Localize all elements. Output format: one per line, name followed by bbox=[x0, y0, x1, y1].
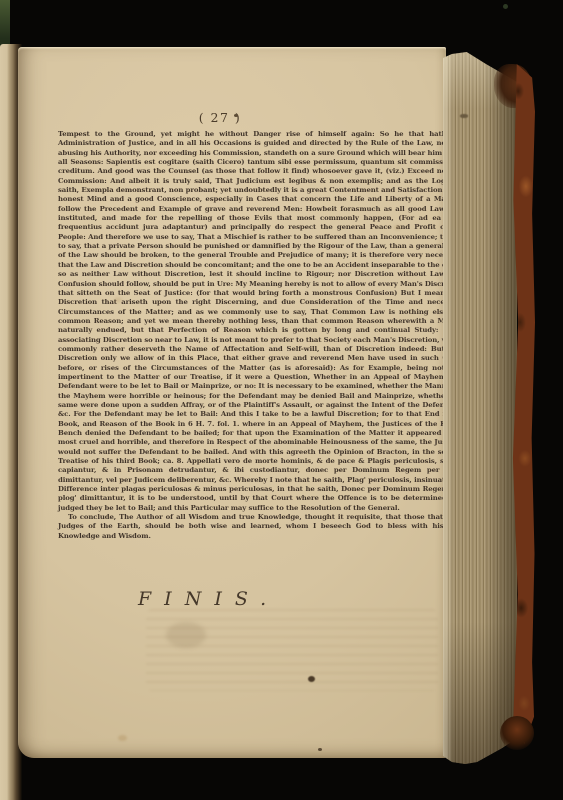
ink-speck bbox=[308, 676, 315, 682]
book-photograph: ( 27 ) Tempest to the Ground, yet might … bbox=[0, 0, 563, 800]
ink-speck bbox=[318, 748, 322, 751]
ink-speck bbox=[234, 114, 238, 117]
paragraph: To conclude, The Author of all Wisdom an… bbox=[58, 513, 464, 541]
finis-text: FINIS. bbox=[138, 588, 279, 610]
page-number: ( 27 ) bbox=[180, 110, 260, 125]
fore-edge-mark bbox=[460, 114, 468, 118]
background-corner-patch bbox=[0, 0, 10, 48]
book-page: ( 27 ) Tempest to the Ground, yet might … bbox=[18, 47, 446, 758]
foxing-spot bbox=[118, 735, 127, 741]
body-text: Tempest to the Ground, yet might he with… bbox=[58, 130, 464, 541]
foxing-spot bbox=[114, 297, 122, 303]
fore-edge-page-stack bbox=[443, 52, 517, 764]
paragraph: Tempest to the Ground, yet might he with… bbox=[58, 130, 464, 513]
showthrough-smudge bbox=[166, 622, 206, 648]
background-speck bbox=[503, 4, 508, 9]
foxing-spot bbox=[394, 225, 401, 230]
leather-cover-corner-bottom bbox=[500, 716, 534, 750]
